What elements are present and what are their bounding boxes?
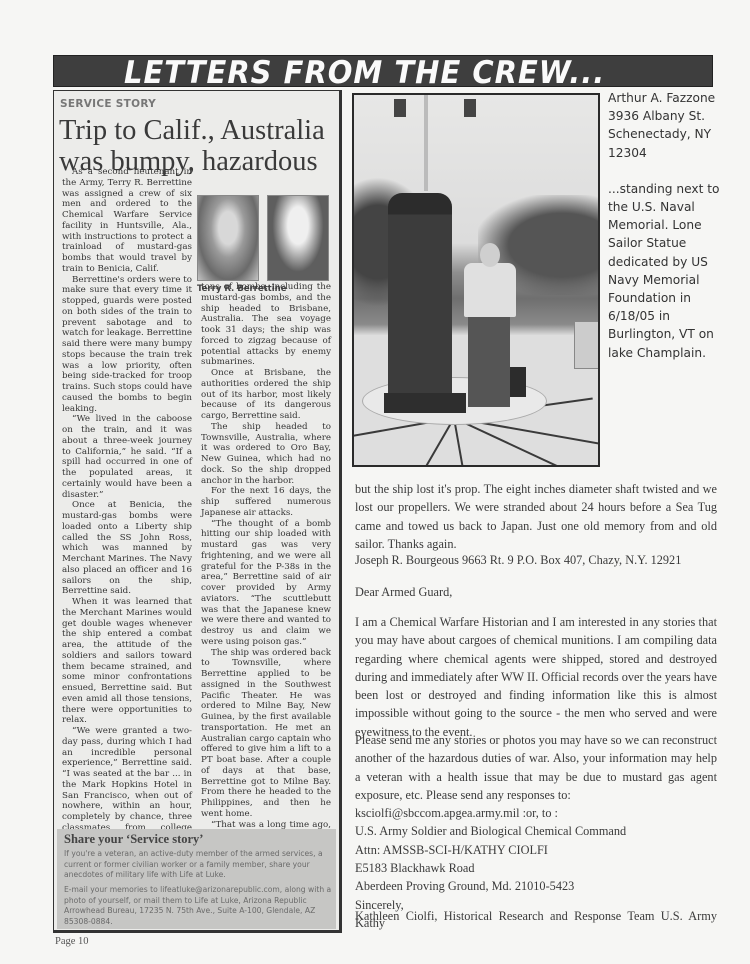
plinth: [574, 321, 600, 369]
letter-signature-full: Kathleen Ciolfi, Historical Research and…: [355, 907, 717, 925]
banner-title: LETTERS FROM THE CREW...: [124, 54, 605, 91]
letter-continuation: but the ship lost it's prop. The eight i…: [355, 480, 717, 553]
share-story-box: Share your ‘Service story’ If you're a v…: [57, 829, 336, 929]
article-kicker: SERVICE STORY: [60, 98, 156, 110]
share-box-contact: E-mail your memories to lifeatluke@arizo…: [64, 885, 332, 927]
article-paragraph: tons of bombs, including the mustard-gas…: [201, 282, 331, 368]
article-paragraph: The ship headed to Townsville, Australia…: [201, 422, 331, 487]
article-paragraph: As a second lieutenant in the Army, Terr…: [62, 167, 192, 275]
section-banner: LETTERS FROM THE CREW...: [53, 55, 713, 87]
share-box-title: Share your ‘Service story’: [64, 832, 203, 847]
flag: [394, 99, 406, 117]
contact-email: ksciolfi@sbccom.apgea.army.mil :or, to :: [355, 804, 717, 822]
article-paragraph: “The thought of a bomb hitting our ship …: [201, 519, 331, 648]
man-head: [480, 243, 500, 267]
man-figure: [464, 263, 516, 317]
statue-base: [384, 393, 466, 413]
address-line: E5183 Blackhawk Road: [355, 859, 717, 877]
man-pants: [468, 317, 510, 407]
letter-body: I am a Chemical Warfare Historian and I …: [355, 613, 717, 741]
share-box-text: If you're a veteran, an active-duty memb…: [64, 849, 332, 881]
sender-zip: 12304: [608, 144, 723, 162]
page-number: Page 10: [55, 936, 89, 947]
article-column-right: tons of bombs, including the mustard-gas…: [201, 282, 331, 884]
article-paragraph: “We lived in the caboose on the train, a…: [62, 414, 192, 500]
letter-signature: Joseph R. Bourgeous 9663 Rt. 9 P.O. Box …: [355, 551, 717, 569]
article-paragraph: The ship was ordered back to Townsville,…: [201, 648, 331, 820]
address-line: Attn: AMSSB-SCI-H/KATHY CIOLFI: [355, 841, 717, 859]
sender-street: 3936 Albany St.: [608, 107, 723, 125]
article-column-left: As a second lieutenant in the Army, Terr…: [62, 167, 192, 930]
sender-city: Schenectady, NY: [608, 125, 723, 143]
address-line: Aberdeen Proving Ground, Md. 21010-5423: [355, 877, 717, 895]
article-paragraph: Once at Benicia, the mustard-gas bombs w…: [62, 500, 192, 597]
lone-sailor-photo: [352, 93, 600, 467]
letter-salutation: Dear Armed Guard,: [355, 583, 717, 601]
sender-name: Arthur A. Fazzone: [608, 89, 723, 107]
lone-sailor-statue: [388, 193, 452, 408]
photo-caption: Arthur A. Fazzone 3936 Albany St. Schene…: [608, 89, 723, 362]
address-line: U.S. Army Soldier and Biological Chemica…: [355, 822, 717, 840]
article-paragraph: When it was learned that the Merchant Ma…: [62, 597, 192, 726]
letter-paragraph: I am a Chemical Warfare Historian and I …: [355, 615, 717, 739]
portrait-current-photo: [267, 195, 329, 281]
article-paragraph: For the next 16 days, the ship suffered …: [201, 486, 331, 518]
portrait-pair: [197, 195, 333, 283]
flag: [464, 99, 476, 117]
portrait-young-photo: [197, 195, 259, 281]
article-paragraph: Once at Brisbane, the authorities ordere…: [201, 368, 331, 422]
letter-paragraph: Please send me any stories or photos you…: [355, 731, 717, 804]
newspaper-clipping: SERVICE STORY Trip to Calif., Australia …: [53, 90, 342, 933]
letter-request: Please send me any stories or photos you…: [355, 731, 717, 932]
article-paragraph: Berrettine's orders were to make sure th…: [62, 275, 192, 415]
caption-text: ...standing next to the U.S. Naval Memor…: [608, 180, 723, 362]
